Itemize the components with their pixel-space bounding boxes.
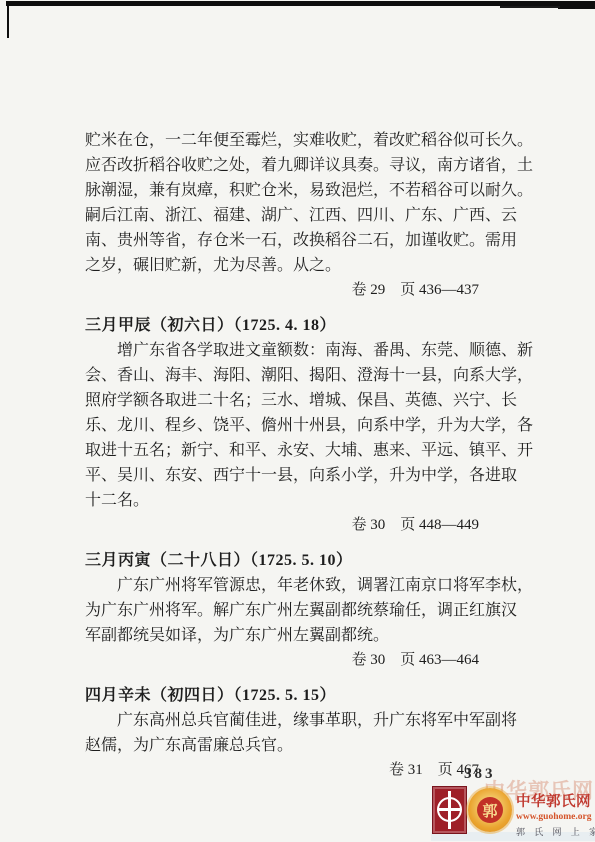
body-text-line: 乐、龙川、程乡、饶平、儋州十州县，向系中学，升为大学，各 xyxy=(85,413,515,438)
entry-date-header: 三月丙寅（二十八日）（1725. 5. 10） xyxy=(85,548,515,573)
entry-date-header: 三月甲辰（初六日）（1725. 4. 18） xyxy=(85,313,515,338)
volume-page-reference: 卷 29 页 436—437 xyxy=(85,278,515,303)
body-text-line: 为广东广州将军。解广东广州左翼副都统蔡瑜任，调正红旗汉 xyxy=(85,598,515,623)
scan-top-right-edge xyxy=(558,1,595,9)
body-text-line: 军副都统吴如译，为广东广州左翼副都统。 xyxy=(85,623,515,648)
body-text-line: 平、吴川、东安、西宁十一县，向系小学，升为中学，各进取 xyxy=(85,463,515,488)
body-text-line: 广东高州总兵官蔺佳进，缘事革职，升广东将军中军副将 xyxy=(85,708,515,733)
watermark-url: www.guohome.org xyxy=(516,812,595,822)
body-text-line: 南、贵州等省，存仓米一石，改换稻谷二石，加谨收贮。需用 xyxy=(85,228,515,253)
body-text-line: 取进十五名；新宁、和平、永安、大埔、惠来、平远、镇平、开 xyxy=(85,438,515,463)
entry-date-header: 四月辛未（初四日）（1725. 5. 15） xyxy=(85,683,515,708)
volume-page-reference: 卷 30 页 463—464 xyxy=(85,648,515,673)
body-text-line: 赵儒，为广东高雷廉总兵官。 xyxy=(85,733,515,758)
watermark-slogan: 郭 氏 网 上 家 园 xyxy=(516,825,595,838)
compass-seal-icon xyxy=(432,786,467,834)
seal-ring xyxy=(437,797,462,822)
body-text-line: 贮米在仓，一二年便至霉烂，实难收贮，着改贮稻谷似可长久。 xyxy=(85,128,515,153)
scanned-book-page: 贮米在仓，一二年便至霉烂，实难收贮，着改贮稻谷似可长久。应否改折稻谷收贮之处，着… xyxy=(0,0,595,842)
body-text-line: 脉潮湿，兼有岚瘴，积贮仓米，易致浥烂，不若稻谷可以耐久。 xyxy=(85,178,515,203)
body-text-line: 十二名。 xyxy=(85,488,515,513)
scan-left-edge xyxy=(7,5,9,38)
scan-top-edge-shadow xyxy=(500,6,560,8)
guo-seal-character: 郭 xyxy=(477,797,503,823)
body-text-line: 会、香山、海丰、海阳、潮阳、揭阳、澄海十一县，向系大学， xyxy=(85,363,515,388)
body-text-line: 增广东省各学取进文童额数：南海、番禺、东莞、顺德、新 xyxy=(85,338,515,363)
volume-page-reference: 卷 31 页 467 xyxy=(85,758,515,783)
body-text-line: 照府学额各取进二十名；三水、增城、保昌、英德、兴宁、长 xyxy=(85,388,515,413)
watermark: 中华郭氏网 郭 中华郭氏网 www.guohome.org 郭 氏 网 上 家 … xyxy=(431,781,595,841)
watermark-text: 中华郭氏网 www.guohome.org 郭 氏 网 上 家 园 xyxy=(516,790,595,838)
body-text-line: 广东广州将军管源忠，年老休致，调署江南京口将军李杕， xyxy=(85,573,515,598)
volume-page-reference: 卷 30 页 448—449 xyxy=(85,513,515,538)
guo-seal-icon: 郭 xyxy=(468,788,512,832)
document-body: 贮米在仓，一二年便至霉烂，实难收贮，着改贮稻谷似可长久。应否改折稻谷收贮之处，着… xyxy=(85,128,515,783)
body-text-line: 嗣后江南、浙江、福建、湖广、江西、四川、广东、广西、云 xyxy=(85,203,515,228)
body-text-line: 应否改折稻谷收贮之处，着九卿详议具奏。寻议，南方诸省，土 xyxy=(85,153,515,178)
body-text-line: 之岁，碾旧贮新，尤为尽善。从之。 xyxy=(85,253,515,278)
watermark-title: 中华郭氏网 xyxy=(516,790,595,811)
